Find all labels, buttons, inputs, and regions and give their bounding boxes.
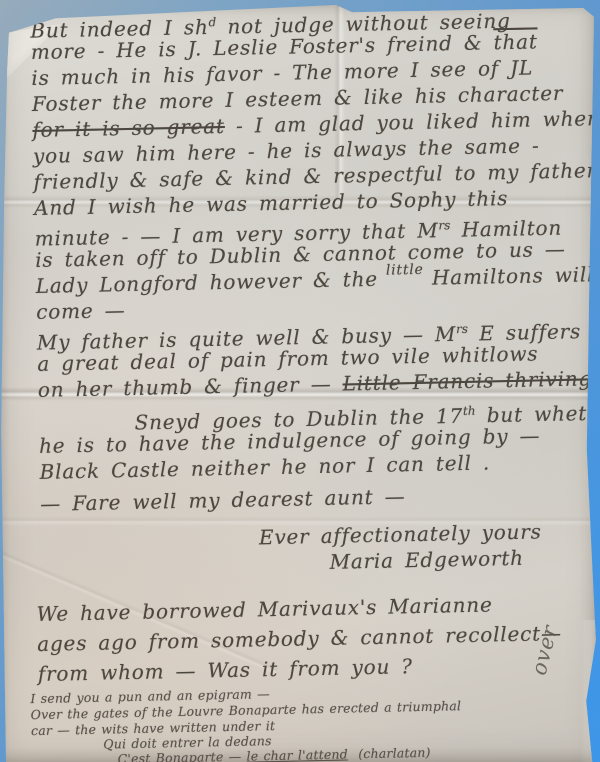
photo-background: But indeed I shd not judge without seein… [0, 0, 600, 762]
letter-line: — Fare well my dearest aunt — [40, 479, 600, 517]
letter-segment-sup: rs [438, 218, 450, 232]
letter-body: But indeed I shd not judge without seein… [30, 1, 600, 762]
letter-segment: from whom — Was it from you ? [38, 654, 413, 686]
letter-segment: Hamiltons will [421, 262, 595, 290]
letter-segment: We have borrowed Marivaux's Marianne [36, 592, 492, 626]
letter-segment-strike: for it is so great [32, 114, 225, 142]
letter-segment: (charlatan) [348, 745, 431, 762]
letter-paper: But indeed I shd not judge without seein… [0, 0, 600, 762]
letter-segment: — Fare well my dearest aunt — [40, 484, 406, 516]
letter-segment-strike: Little Francis thriving [342, 366, 592, 395]
letter-segment: come — [36, 298, 126, 324]
letter-segment-udl: le char l'attend [246, 747, 348, 762]
letter-segment: on her thumb & finger — [38, 372, 343, 402]
letter-segment-sup: th [463, 404, 476, 418]
letter-segment-sup: rs [456, 322, 468, 336]
letter-segment-over: that [493, 29, 538, 54]
letter-segment-ins: little [386, 262, 424, 279]
letter-segment: Maria Edgeworth [329, 546, 524, 574]
letter-segment: C'est Bonaparte — [117, 749, 246, 762]
